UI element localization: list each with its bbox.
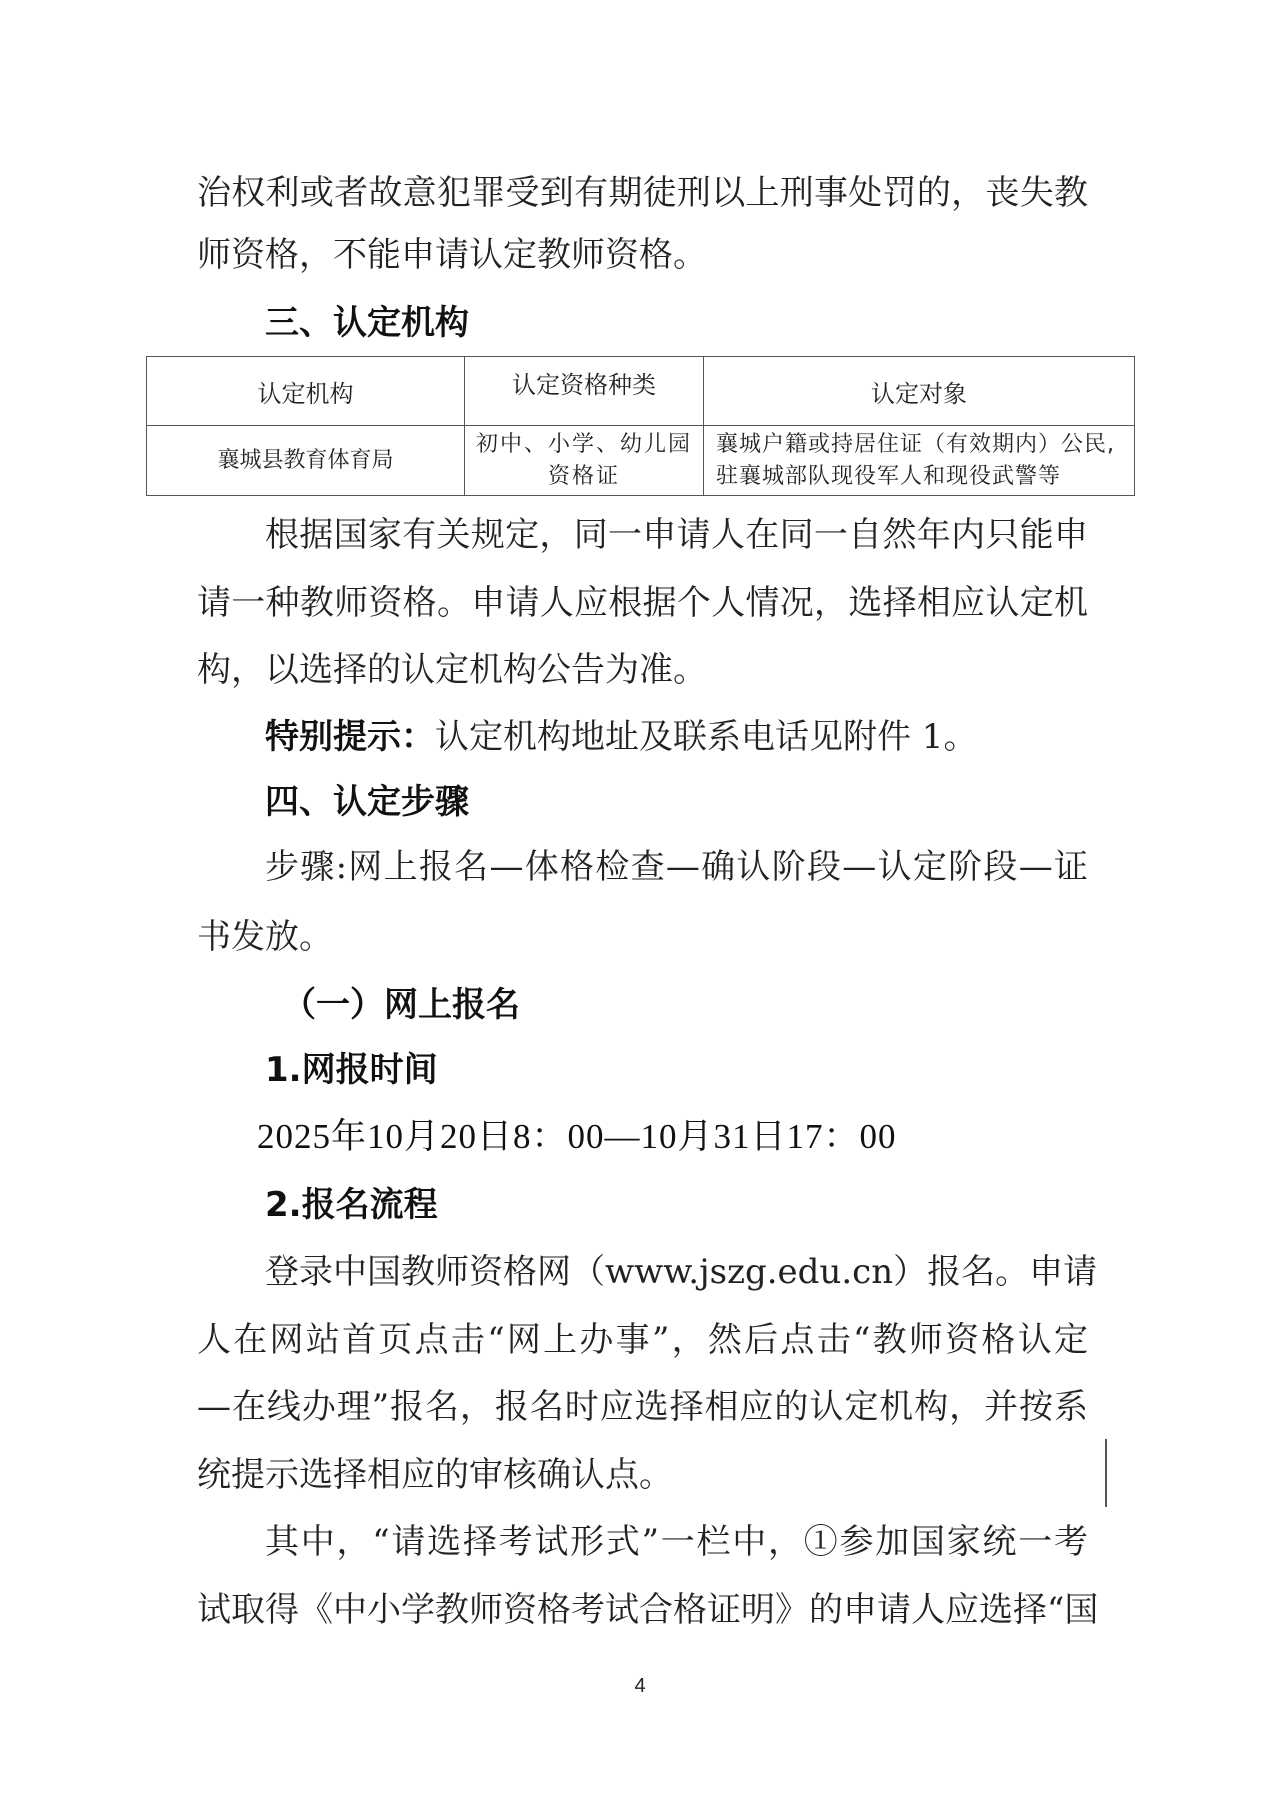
table-header-cell: 认定资格种类 xyxy=(465,357,704,426)
body-text-line: 请一种教师资格。申请人应根据个人情况，选择相应认定机 xyxy=(197,578,1088,628)
table-cell-target-line: 襄城户籍或持居住证（有效期内）公民, xyxy=(710,429,1128,461)
section-heading-certification-agency: 三、认定机构 xyxy=(265,298,1088,348)
special-tip-label: 特别提示： xyxy=(265,717,435,757)
table-header-text: 认定资格种类 xyxy=(471,365,697,400)
table-header-row: 认定机构 认定资格种类 认定对象 xyxy=(147,357,1135,426)
item-heading-registration-process: 2.报名流程 xyxy=(265,1180,1088,1230)
body-text-line: 步骤:网上报名—体格检查—确认阶段—认定阶段—证 xyxy=(265,842,1088,892)
registration-time-value: 2025年10月20日8：00—10月31日17：00 xyxy=(257,1112,1148,1162)
body-text-line: 统提示选择相应的审核确认点。 xyxy=(197,1450,1088,1500)
body-text-line: 治权利或者故意犯罪受到有期徒刑以上刑事处罚的，丧失教 xyxy=(197,168,1088,218)
body-text-line: 根据国家有关规定，同一申请人在同一自然年内只能申 xyxy=(265,510,1088,560)
table-header-cell: 认定对象 xyxy=(704,357,1135,426)
body-text-line: 其中，“请选择考试形式”一栏中，①参加国家统一考 xyxy=(265,1517,1088,1567)
table-header-cell: 认定机构 xyxy=(147,357,465,426)
certification-agency-table: 认定机构 认定资格种类 认定对象 襄城县教育体育局 初中、小学、幼儿园资格证 襄… xyxy=(146,356,1135,496)
body-text-line: 人在网站首页点击“网上办事”，然后点击“教师资格认定 xyxy=(197,1315,1088,1365)
margin-change-bar xyxy=(1105,1439,1107,1507)
special-tip-text: 认定机构地址及联系电话见附件 1。 xyxy=(435,717,977,757)
body-text-line: 书发放。 xyxy=(197,912,1088,962)
table-cell-target: 襄城户籍或持居住证（有效期内）公民, 驻襄城部队现役军人和现役武警等 xyxy=(704,426,1135,496)
body-text-line: 构，以选择的认定机构公告为准。 xyxy=(197,645,1088,695)
special-tip: 特别提示：认定机构地址及联系电话见附件 1。 xyxy=(265,712,1088,762)
table-cell-types: 初中、小学、幼儿园资格证 xyxy=(465,426,704,496)
item-heading-registration-time: 1.网报时间 xyxy=(265,1045,1088,1095)
body-text-line: 师资格，不能申请认定教师资格。 xyxy=(197,230,1088,280)
body-text-line: 试取得《中小学教师资格考试合格证明》的申请人应选择“国 xyxy=(197,1585,1088,1635)
section-heading-certification-steps: 四、认定步骤 xyxy=(265,777,1088,827)
page-number: 4 xyxy=(630,1675,650,1698)
table-cell-target-line: 驻襄城部队现役军人和现役武警等 xyxy=(710,461,1128,493)
table-row: 襄城县教育体育局 初中、小学、幼儿园资格证 襄城户籍或持居住证（有效期内）公民,… xyxy=(147,426,1135,496)
body-text-line: —在线办理”报名，报名时应选择相应的认定机构，并按系 xyxy=(197,1382,1088,1432)
subsection-heading-online-registration: （一）网上报名 xyxy=(282,980,1173,1030)
table-cell-agency: 襄城县教育体育局 xyxy=(147,426,465,496)
body-text-line: 登录中国教师资格网（www.jszg.edu.cn）报名。申请 xyxy=(265,1247,1088,1297)
document-page: 治权利或者故意犯罪受到有期徒刑以上刑事处罚的，丧失教 师资格，不能申请认定教师资… xyxy=(0,0,1280,1810)
